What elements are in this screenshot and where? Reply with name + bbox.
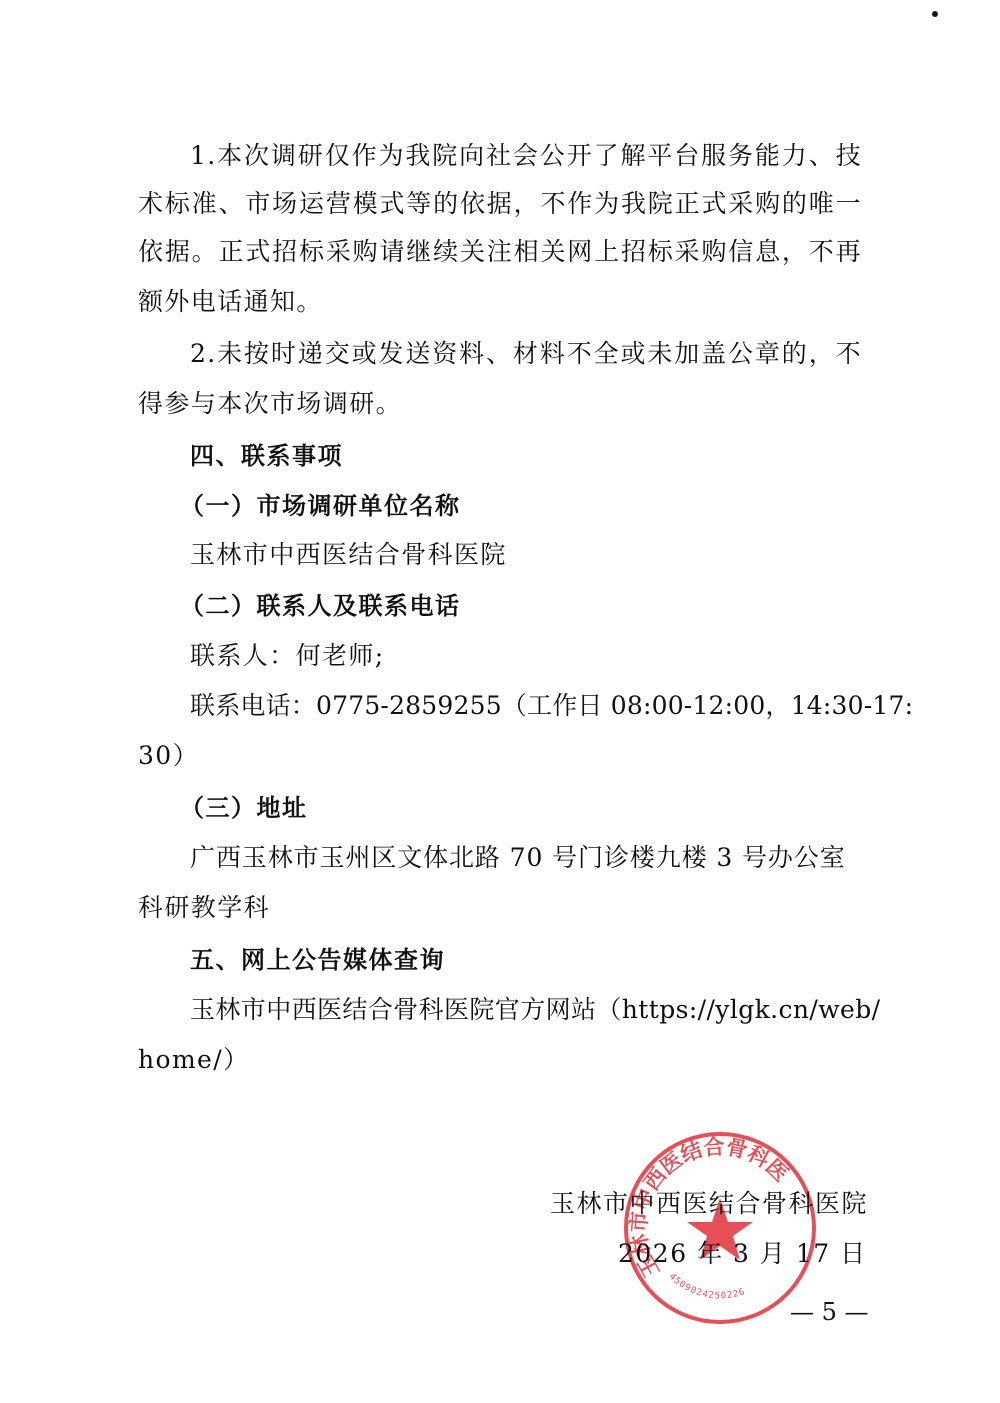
contact-phone-line-2: 30） xyxy=(138,740,199,772)
contact-person: 联系人：何老师; xyxy=(190,640,385,672)
paragraph-1-line-3: 依据。正式招标采购请继续关注相关网上招标采购信息，不再 xyxy=(138,236,862,268)
paragraph-2-line-2: 得参与本次市场调研。 xyxy=(138,388,402,420)
document-page: 1.本次调研仅作为我院向社会公开了解平台服务能力、技 术标准、市场运营模式等的依… xyxy=(0,0,1000,1403)
website-line-1: 玉林市中西医结合骨科医院官方网站（https://ylgk.cn/web/ xyxy=(190,994,880,1026)
scan-speck xyxy=(932,11,938,17)
address-line-1: 广西玉林市玉州区文体北路 70 号门诊楼九楼 3 号办公室 xyxy=(190,842,846,874)
official-seal-icon: 玉林市中西医结合骨科医院 4509024250226 xyxy=(622,1130,818,1326)
section-4-title: 四、联系事项 xyxy=(190,440,343,472)
subsection-2-title: （二）联系人及联系电话 xyxy=(180,590,461,622)
paragraph-1-line-4: 额外电话通知。 xyxy=(138,286,323,318)
subsection-1-title: （一）市场调研单位名称 xyxy=(180,490,461,522)
contact-phone-line-1: 联系电话：0775-2859255（工作日 08:00-12:00，14:30-… xyxy=(190,690,913,722)
subsection-3-title: （三）地址 xyxy=(180,792,308,824)
section-5-title: 五、网上公告媒体查询 xyxy=(190,944,445,976)
svg-text:4509024250226: 4509024250226 xyxy=(667,1272,747,1302)
signature-organization: 玉林市中西医结合骨科医院 xyxy=(550,1188,868,1220)
website-line-2: home/） xyxy=(138,1044,249,1076)
signature-date: 2026 年 3 月 17 日 xyxy=(618,1238,867,1270)
page-number: — 5 — xyxy=(790,1297,869,1327)
address-line-2: 科研教学科 xyxy=(138,892,270,924)
paragraph-1-line-1: 1.本次调研仅作为我院向社会公开了解平台服务能力、技 xyxy=(190,140,862,172)
unit-name: 玉林市中西医结合骨科医院 xyxy=(190,539,507,571)
paragraph-2-line-1: 2.未按时递交或发送资料、材料不全或未加盖公章的，不 xyxy=(190,338,862,370)
paragraph-1-line-2: 术标准、市场运营模式等的依据，不作为我院正式采购的唯一 xyxy=(138,188,862,220)
